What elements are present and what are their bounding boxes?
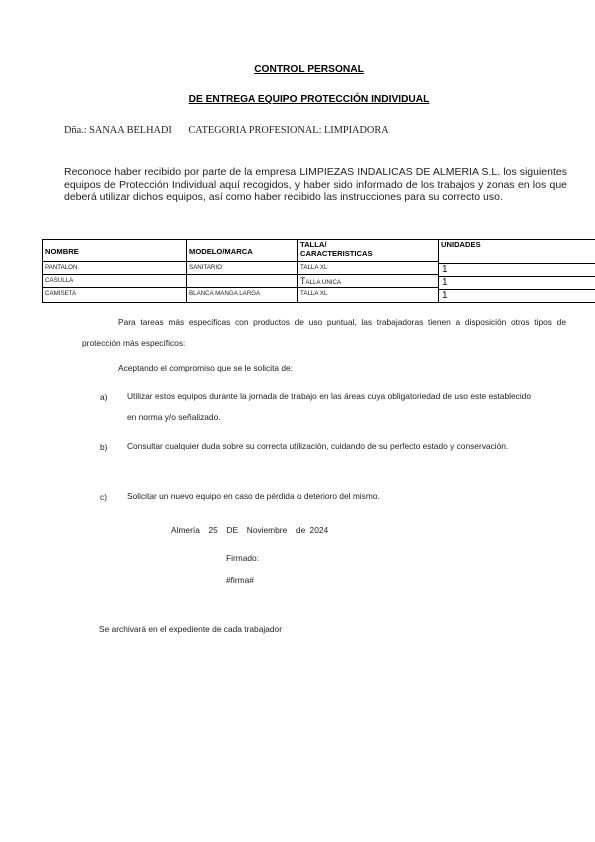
commitment-letter: b)	[100, 442, 107, 452]
table-col-divider	[297, 239, 298, 303]
cell-talla: TALLA UNICA	[300, 278, 341, 286]
table-rule	[42, 274, 438, 275]
document-subtitle: DE ENTREGA EQUIPO PROTECCIÓN INDIVIDUAL	[0, 94, 595, 105]
commitment-letter: c)	[100, 492, 107, 502]
table-rule	[42, 261, 438, 262]
header-talla: TALLA/ CARACTERISTICAS	[300, 241, 373, 258]
table-rule	[438, 263, 595, 264]
availability-paragraph: Para tareas más especificas con producto…	[82, 312, 566, 354]
table-rule	[438, 276, 595, 277]
cell-nombre: CAMISETA	[45, 290, 76, 297]
category-label: CATEGORIA PROFESIONAL:	[188, 125, 321, 136]
signed-label: Firmado:	[226, 553, 259, 563]
commitment-letter: a)	[100, 392, 107, 402]
cell-talla: TALLA XL	[300, 290, 327, 297]
cell-nombre: PANTALON	[45, 264, 77, 271]
header-unidades: UNIDADES	[441, 241, 481, 250]
cell-unidades: 1	[442, 264, 448, 275]
cell-talla: TALLA XL	[300, 264, 327, 271]
category-value: LIMPIADORA	[324, 125, 389, 136]
worker-name: SANAA BELHADI	[89, 125, 172, 136]
cell-modelo: SANITARIO	[189, 264, 222, 271]
table-border-left	[42, 239, 43, 303]
accept-commitment-line: Aceptando el compromiso que se le solici…	[118, 363, 293, 373]
cell-unidades: 1	[442, 277, 448, 288]
ppe-table: NOMBRE MODELO/MARCA TALLA/ CARACTERISTIC…	[42, 239, 595, 303]
document-title: CONTROL PERSONAL	[0, 64, 595, 75]
cell-nombre: CASULLA	[45, 277, 73, 284]
header-nombre: NOMBRE	[45, 248, 79, 257]
worker-name-label: Dña.:	[64, 125, 87, 136]
table-rule	[42, 287, 438, 288]
table-border-bottom	[42, 302, 595, 303]
table-col-divider	[186, 239, 187, 303]
date-line: Almería 25 DE Noviembre de 2024	[171, 525, 328, 535]
cell-unidades: 1	[442, 290, 448, 301]
commitment-text: Consultar cualquier duda sobre su correc…	[127, 436, 531, 457]
header-talla-line2: CARACTERISTICAS	[300, 250, 373, 259]
table-rule	[438, 289, 595, 290]
signature-placeholder: #firma#	[226, 575, 254, 585]
cell-modelo: BLANCA MANGA LARGA	[189, 290, 260, 297]
table-col-divider	[438, 239, 439, 303]
talla-rest: ALLA UNICA	[305, 279, 341, 286]
commitment-text: Utilizar estos equipos durante la jornad…	[127, 386, 531, 428]
worker-info: Dña.: SANAA BELHADI CATEGORIA PROFESIONA…	[64, 125, 389, 136]
intro-paragraph: Reconoce haber recibido por parte de la …	[64, 166, 567, 204]
commitment-text: Solicitar un nuevo equipo en caso de pér…	[127, 486, 531, 507]
header-modelo: MODELO/MARCA	[189, 248, 253, 257]
archive-note: Se archivará en el expediente de cada tr…	[99, 624, 282, 634]
